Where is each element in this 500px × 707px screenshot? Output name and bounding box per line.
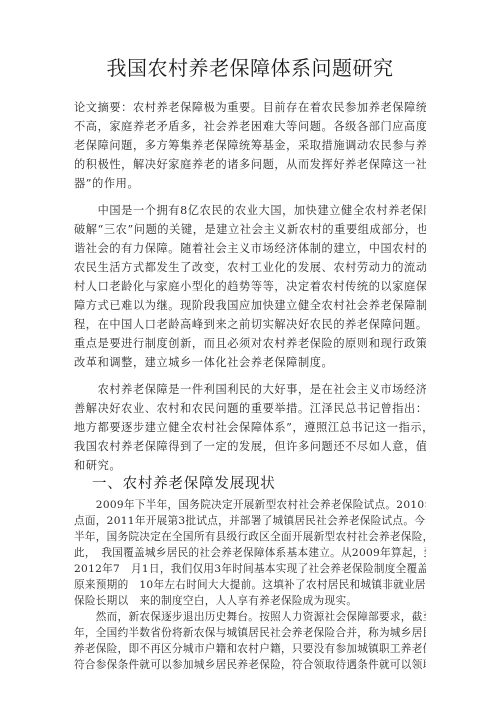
abstract-line: 论文摘要：农村养老保障极为重要。目前存在着农民参加养老保障统筹的积极性 xyxy=(74,99,426,115)
paragraph-line: 农村养老保障是一件利国利民的大好事，是在社会主义市场经济条件下，妥 xyxy=(74,381,426,397)
abstract-line: 的积极性，解决好家庭养老的诸多问题，从而发挥好养老保障这一社会“稳定 xyxy=(74,156,426,172)
paragraph-line: 地方都要逐步建立健全农村社会保障体系”，遵照江总书记这一指示，近年来， xyxy=(74,419,426,435)
paragraph-line: 改革和调整，建立城乡一体化社会养老保障制度。 xyxy=(74,354,426,370)
section-line: 保险长期以 来的制度空白，人人享有养老保险成为现实。 xyxy=(74,593,426,608)
section-line: 符合参保条件就可以参加城乡居民养老保险，符合领取待遇条件就可以领取城乡 xyxy=(74,657,426,672)
section-line: 年，全国约半数省份将新农保与城镇居民社会养老保险合并，称为城乡居民社会 xyxy=(74,625,426,640)
paragraph-line: 中国是一个拥有8亿农民的农业大国，加快建立健全农村养老保障制度是 xyxy=(74,202,426,218)
section-line: 养老保险，即不再区分城市户籍和农村户籍，只要没有参加城镇职工养老保险， xyxy=(74,641,426,656)
section-line: 然而，新农保逐步退出历史舞台。按照人力资源社会保障部要求，截至2013 xyxy=(74,609,426,624)
paragraph-line: 善解决好农业、农村和农民问题的重要举措。江泽民总书记曾指出：“从中央到 xyxy=(74,400,426,416)
paragraph-line: 村人口老龄化与家庭小型化的趋势等等，决定着农村传统的以家庭保障为主的保 xyxy=(74,278,426,294)
paragraph-line: 重点是要进行制度创新，而且必须对农村养老保险的原则和现行政策进行适当的 xyxy=(74,335,426,351)
paragraph-line: 破解“三农”问题的关键，是建立社会主义新农村的重要组成部分，也是构建和 xyxy=(74,221,426,237)
paragraph-line: 谐社会的有力保障。随着社会主义市场经济体制的建立，中国农村的经济结构和 xyxy=(74,240,426,256)
abstract-line: 老保障问题，多方筹集养老保障统筹基金，采取措施调动农民参与养老保障统筹 xyxy=(74,137,426,153)
section-line: 2009年下半年，国务院决定开展新型农村社会养老保险试点。2010年扩大试 xyxy=(74,497,426,512)
paragraph-line: 和研究。 xyxy=(74,457,426,473)
paragraph-line: 障方式已难以为继。现阶段我国应加快建立健全农村社会养老保障制度工作的进 xyxy=(74,297,426,313)
paragraph-line: 农民生活方式都发生了改变，农村工业化的发展、农村劳动力的流动与转移，农 xyxy=(74,259,426,275)
abstract-line: 器”的作用。 xyxy=(74,175,426,191)
section-line: 原来预期的 10年左右时间大大提前。这填补了农村居民和城镇非就业居民养老 xyxy=(74,577,426,592)
section-line: 此， 我国覆盖城乡居民的社会养老保障体系基本建立。从2009年算起，到 xyxy=(74,545,426,560)
document-title: 我国农村养老保障体系问题研究 xyxy=(0,52,500,81)
section-line: 半年，国务院决定在全国所有县级行政区全面开展新型农村社会养老保险，至 xyxy=(74,529,426,544)
abstract-line: 不高，家庭养老矛盾多，社会养老困难大等问题。各级各部门应高度重视农村养 xyxy=(74,118,426,134)
section-heading: 一、农村养老保障发展现状 xyxy=(92,472,276,493)
document-page: 我国农村养老保障体系问题研究 论文摘要：农村养老保障极为重要。目前存在着农民参加… xyxy=(0,0,500,707)
paragraph-line: 程，在中国人口老龄高峰到来之前切实解决好农民的养老保障问题。当前工作的 xyxy=(74,316,426,332)
paragraph-line: 我国农村养老保障得到了一定的发展，但许多问题还不尽如人意，值得认真探讨 xyxy=(74,438,426,454)
section-line: 2012年7 月1日，我们仅用3年时间基本实现了社会养老保险制度全覆盖，比 xyxy=(74,561,426,576)
section-line: 点面，2011年开展第3批试点，并部署了城镇居民社会养老保险试点。今年上 xyxy=(74,513,426,528)
